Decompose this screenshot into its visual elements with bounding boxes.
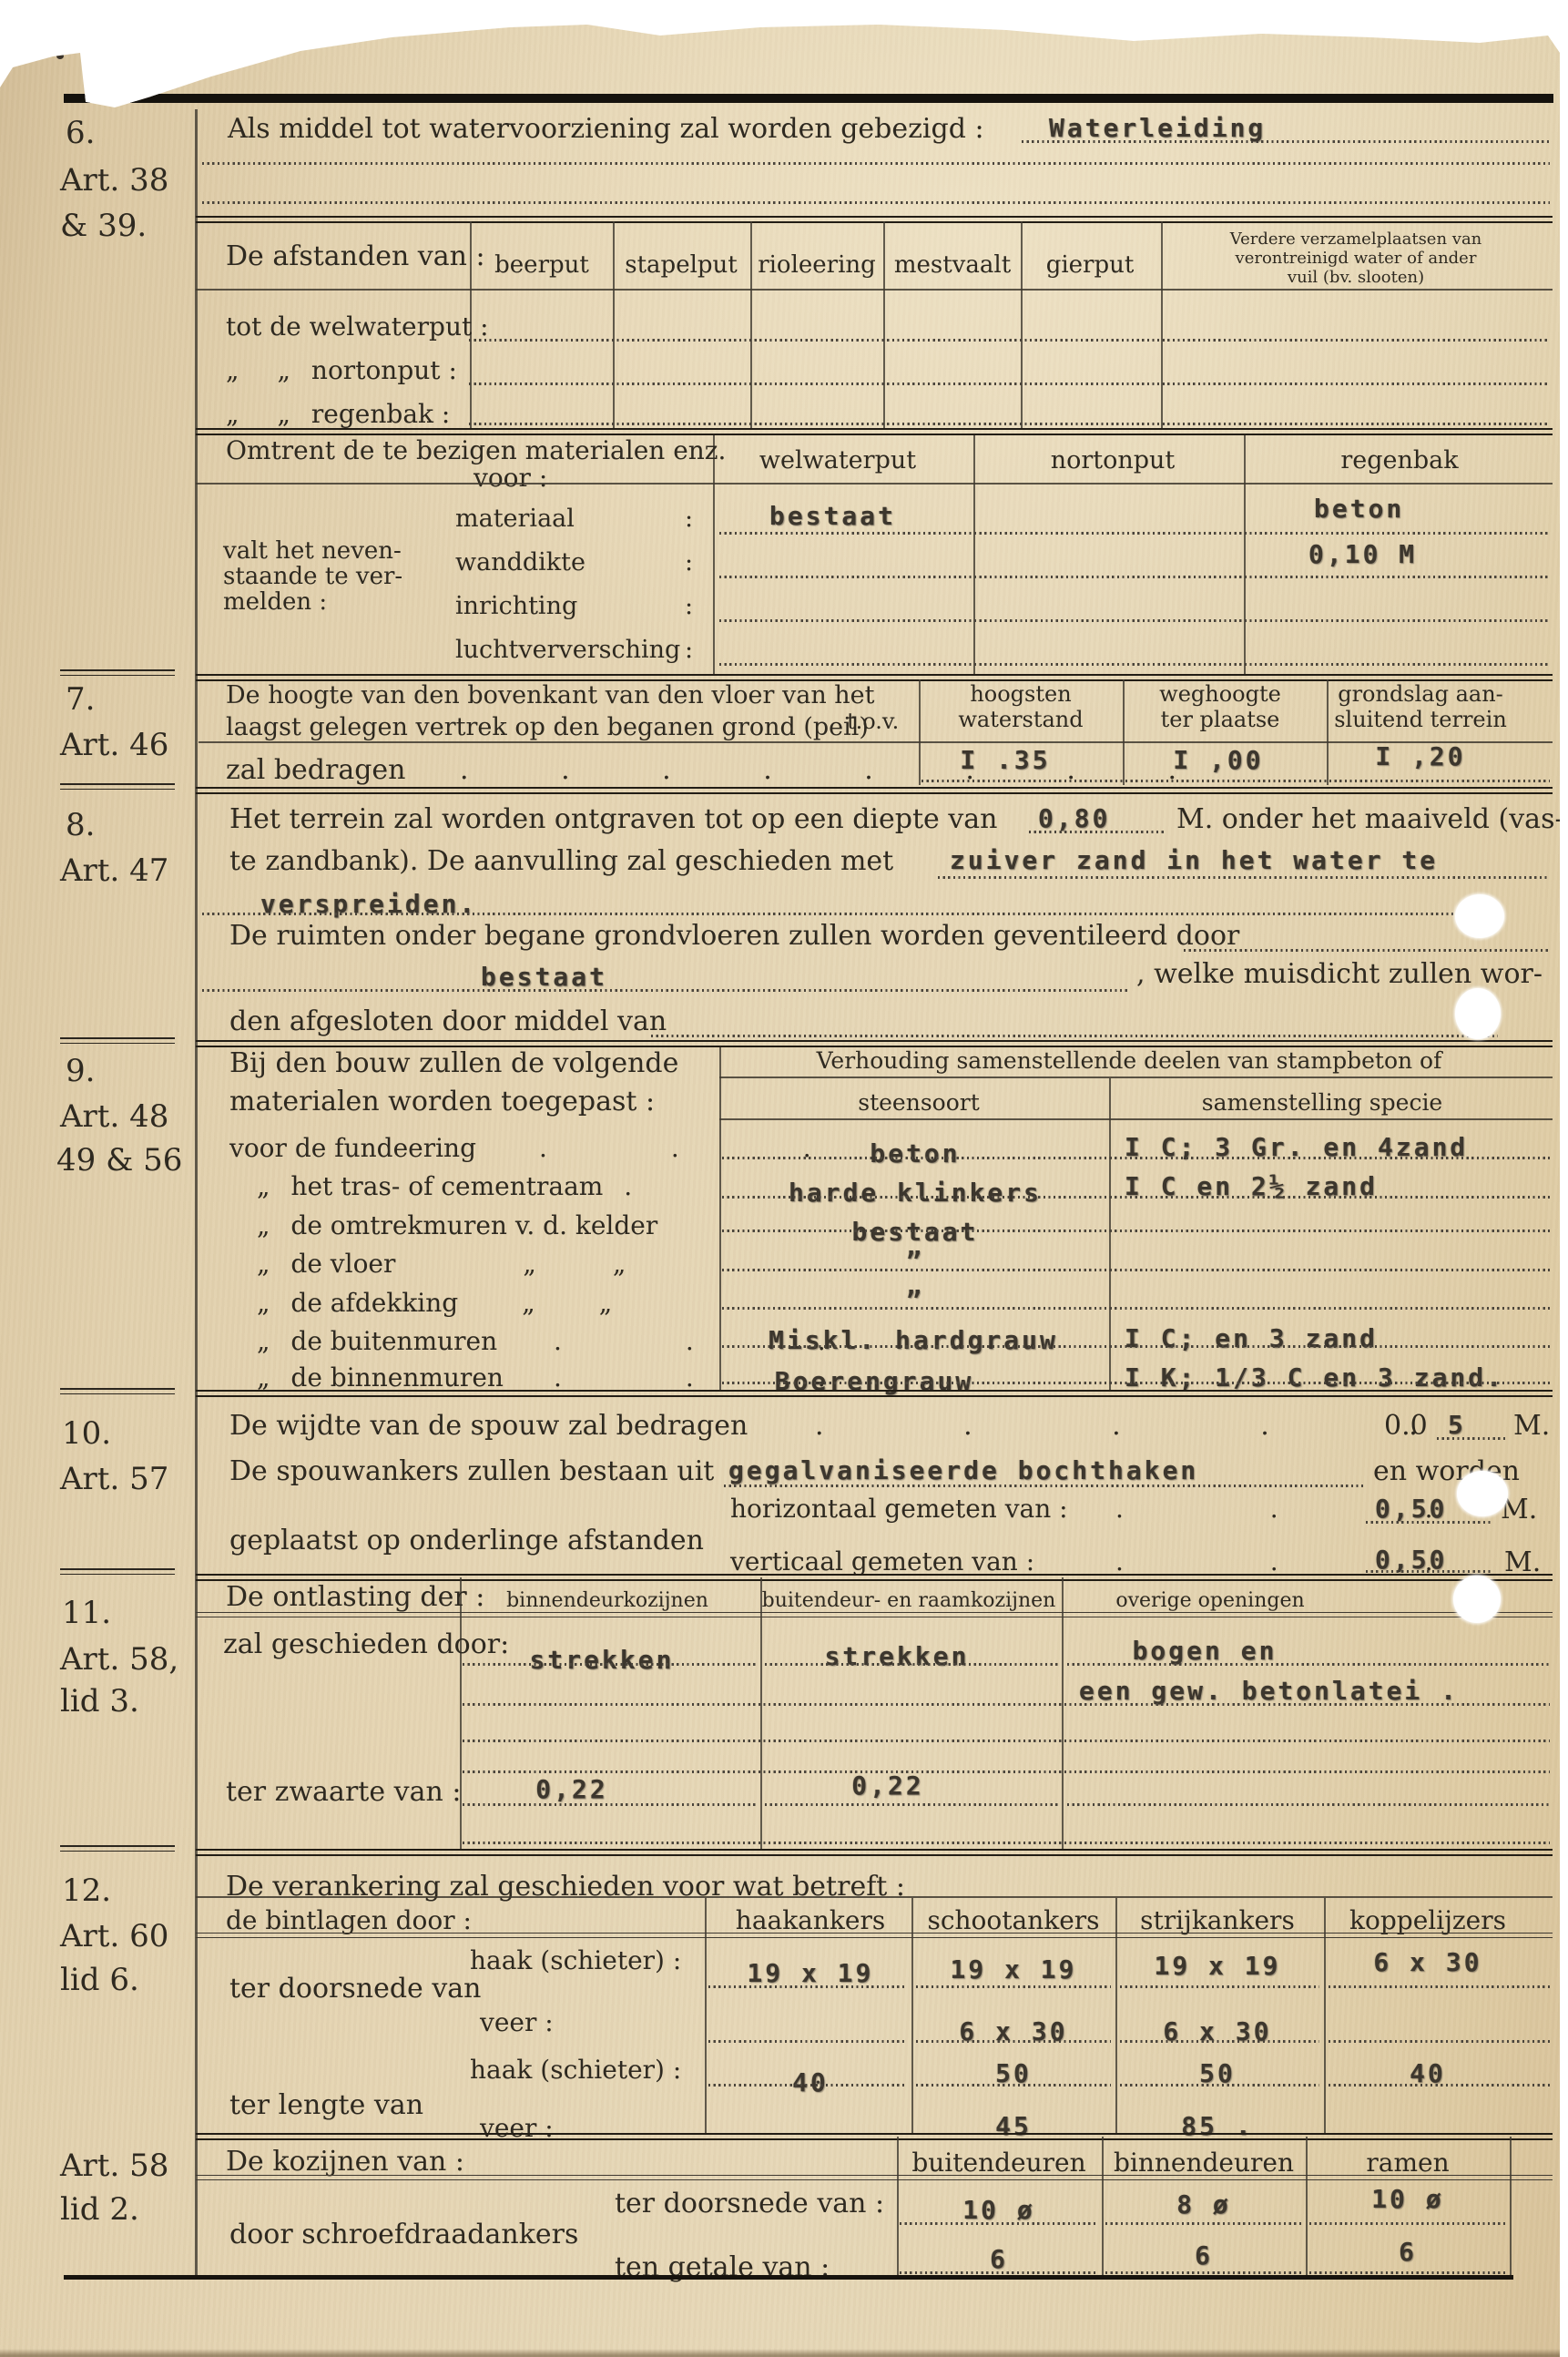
header-underline — [719, 1118, 1553, 1120]
section-number: 12. — [62, 1874, 111, 1907]
typed-value: strekken — [825, 1641, 970, 1671]
dotted-line — [202, 201, 1550, 204]
typed-value: 6 x 30 — [1373, 1947, 1481, 1977]
table-header-label: voor : — [473, 464, 547, 492]
section-number: 9. — [66, 1055, 95, 1087]
dotted-line — [722, 1157, 1550, 1159]
field-label: laagst gelegen vertrek op den beganen gr… — [226, 715, 869, 741]
dotted-line — [1309, 2222, 1507, 2225]
section-number: 7. — [66, 683, 95, 716]
dotted-line — [463, 1803, 758, 1806]
table-row-label: ter doorsnede van — [229, 1974, 481, 2004]
dotted-line — [1120, 2084, 1319, 2087]
table-row-label: luchtverversching — [455, 638, 680, 664]
dotted-line — [722, 1345, 1550, 1348]
field-label: De ruimten onder begane grondvloeren zul… — [229, 922, 1239, 951]
margin-separator — [60, 1845, 175, 1852]
typed-value: strekken — [530, 1645, 675, 1675]
typed-value: bogen en — [1133, 1636, 1278, 1666]
typed-ditto-mark: ” — [906, 1246, 924, 1276]
dotted-line — [651, 1035, 1498, 1037]
dotted-line — [1067, 1663, 1550, 1666]
header-underline — [196, 2175, 1553, 2180]
section-rule — [196, 1040, 1553, 1047]
dotted-line — [463, 1740, 1550, 1742]
table-column-header: samenstelling specie — [1202, 1091, 1442, 1116]
table-divider — [1102, 2137, 1104, 2275]
colon: : — [685, 550, 693, 576]
table-divider — [1244, 435, 1246, 674]
table-row-label: tot de welwaterput : — [226, 313, 489, 341]
margin-separator — [60, 783, 175, 790]
typed-value: I ,00 — [1173, 745, 1263, 775]
table-divider — [613, 221, 615, 428]
table-column-header: mestvaalt — [894, 253, 1011, 279]
dotted-line — [938, 876, 1550, 879]
table-row-label: ter zwaarte van : — [226, 1778, 461, 1807]
table-header-label: Omtrent de te bezigen materialen enz. — [226, 437, 726, 464]
table-column-header: overige openingen — [1115, 1590, 1304, 1611]
typed-value: I K; 1/3 C en 3 zand. — [1125, 1362, 1504, 1393]
typed-value: 19 x 19 — [1154, 1951, 1280, 1981]
punch-hole — [1457, 1471, 1508, 1516]
table-divider — [1161, 221, 1163, 428]
punch-hole — [1453, 1576, 1501, 1623]
table-row-label: zal geschieden door: — [223, 1630, 509, 1659]
table-row-label: door schroefdraadankers — [229, 2220, 578, 2250]
section-number: 10. — [62, 1417, 111, 1450]
colon: : — [685, 638, 693, 664]
typed-value: I C; en 3 zand — [1125, 1323, 1378, 1353]
margin-separator — [60, 1568, 175, 1575]
table-header-label: De ontlasting der : — [226, 1583, 484, 1612]
field-label: Bij den bouw zullen de volgende — [229, 1049, 678, 1078]
dotted-line — [719, 663, 1550, 666]
typed-value: 10 ø — [1371, 2184, 1443, 2214]
dotted-line — [1067, 1803, 1550, 1806]
table-column-header: buitendeuren — [911, 2149, 1085, 2177]
dotted-line — [708, 2084, 907, 2087]
header-underline — [199, 741, 1553, 743]
table-column-header: buitendeur- en raamkozijnen — [762, 1590, 1056, 1611]
section-rule — [196, 1849, 1553, 1856]
typed-value: 40 — [792, 2067, 829, 2097]
dotted-line — [469, 339, 1550, 342]
table-column-header: steensoort — [858, 1091, 980, 1116]
table-divider — [1510, 2137, 1512, 2275]
article-label: Art. 38 — [60, 164, 168, 197]
field-label: verticaal gemeten van : — [730, 1548, 1034, 1576]
field-label: De hoogte van den bovenkant van den vloe… — [226, 683, 875, 709]
dotted-line — [463, 1703, 1550, 1706]
table-column-header: Verdere verzamelplaatsen van — [1230, 230, 1482, 249]
dotted-line — [463, 1770, 1550, 1773]
typed-value: Waterleiding — [1049, 113, 1266, 143]
dotted-line — [722, 1230, 1550, 1232]
table-divider — [460, 1577, 462, 1849]
table-row-label: De afstanden van : — [226, 242, 485, 271]
field-label: 0.0 — [1384, 1412, 1428, 1441]
side-label: valt het neven- — [223, 539, 402, 565]
typed-value: I ,20 — [1375, 741, 1465, 771]
article-label: lid 6. — [60, 1964, 139, 1996]
dotted-line — [916, 1985, 1111, 1988]
typed-value: een gew. betonlatei . — [1079, 1676, 1459, 1706]
margin-separator — [60, 1037, 175, 1044]
table-divider — [1327, 679, 1329, 785]
field-label: Het terrein zal worden ontgraven tot op … — [229, 805, 998, 834]
table-column-header: hoogsten — [970, 683, 1071, 706]
field-label: geplaatst op onderlinge afstanden — [229, 1526, 704, 1556]
section-rule — [196, 1574, 1553, 1581]
dotted-line — [722, 1382, 1550, 1384]
table-row-label: „ het tras- of cementraam . — [257, 1173, 632, 1200]
section-rule — [196, 2133, 1553, 2140]
table-column-header: schootankers — [927, 1907, 1099, 1934]
dotted-line — [1329, 2040, 1550, 2043]
table-row-label: „ „ regenbak : — [226, 401, 450, 428]
typed-value: 0,80 — [1038, 803, 1110, 833]
dotted-line — [916, 2040, 1111, 2043]
typed-value: I .35 — [960, 745, 1050, 775]
table-column-header: haakankers — [736, 1907, 885, 1934]
typed-value: 6 — [1399, 2237, 1417, 2267]
dotted-line — [202, 913, 1492, 915]
dotted-line — [900, 2271, 1098, 2274]
dotted-line — [719, 619, 1550, 622]
typed-value: beton — [870, 1138, 960, 1168]
typed-value: gegalvaniseerde bochthaken — [728, 1455, 1198, 1485]
table-column-header: binnendeuren — [1114, 2149, 1294, 2177]
field-label: Als middel tot watervoorziening zal word… — [228, 115, 984, 144]
dotted-line — [708, 1985, 907, 1988]
article-label: Art. 58 — [60, 2149, 168, 2182]
dotted-line — [1105, 2271, 1302, 2274]
table-column-header: koppelijzers — [1349, 1907, 1506, 1934]
table-row-label: de bintlagen door : — [226, 1907, 472, 1934]
margin-separator — [60, 669, 175, 676]
table-column-header: beerput — [494, 253, 589, 279]
table-column-header: waterstand — [958, 709, 1083, 731]
scanned-form-page: 6. Art. 38 & 39. 7. Art. 46 8. Art. 47 9… — [0, 0, 1568, 2357]
table-column-header: grondslag aan- — [1338, 683, 1503, 706]
typed-value: harde klinkers — [789, 1178, 1042, 1208]
table-column-header: sluitend terrein — [1334, 709, 1507, 731]
dotted-line — [1120, 2040, 1319, 2043]
dotted-line — [1329, 1985, 1550, 1988]
dotted-line — [722, 1307, 1550, 1310]
dotted-line — [463, 1663, 758, 1666]
table-column-header: strijkankers — [1140, 1907, 1295, 1934]
bottom-paper-edge — [0, 2349, 1568, 2357]
dotted-line — [1120, 1985, 1319, 1988]
header-underline — [196, 1933, 1553, 1938]
typed-value: bestaat — [769, 501, 896, 531]
dotted-line — [722, 1196, 1550, 1199]
field-label: den afgesloten door middel van — [229, 1007, 667, 1036]
article-label: Art. 58, — [60, 1643, 178, 1676]
punch-hole — [1455, 988, 1501, 1039]
margin-separator — [60, 1388, 175, 1394]
dotted-line — [916, 2084, 1111, 2087]
article-label: & 39. — [60, 209, 147, 242]
table-row-label: materiaal — [455, 506, 575, 533]
field-label: t.o.v. — [847, 710, 899, 733]
table-row-label: ter doorsnede van : — [615, 2189, 884, 2219]
header-underline — [719, 1076, 1553, 1078]
typed-value: 10 ø — [962, 2195, 1034, 2225]
dotted-line — [900, 2222, 1098, 2225]
unit-label: M. — [1513, 1412, 1550, 1441]
article-label: Art. 46 — [60, 729, 168, 761]
typed-value: 6 — [1195, 2240, 1213, 2270]
table-header-label: De kozijnen van : — [226, 2148, 464, 2177]
table-column-header: weghoogte — [1159, 683, 1281, 706]
table-row-label: inrichting — [455, 594, 577, 620]
field-label: horizontaal gemeten van : — [730, 1495, 1068, 1523]
section-rule — [196, 674, 1553, 681]
section-rule — [196, 428, 1553, 435]
typed-value: bestaat — [481, 962, 607, 992]
table-column-header: verontreinigd water of ander — [1236, 249, 1477, 268]
punch-hole — [1455, 894, 1504, 938]
table-row-label: haak (schieter) : — [470, 2056, 681, 2084]
dotted-line — [722, 1269, 1550, 1271]
side-label: melden : — [223, 590, 327, 616]
table-divider — [750, 221, 752, 428]
typed-ditto-mark: ” — [906, 1285, 924, 1315]
typed-value: zuiver zand in het water te — [950, 845, 1438, 875]
table-row-label: „ de binnenmuren — [257, 1364, 504, 1392]
field-label: materialen worden toegepast : — [229, 1087, 655, 1117]
table-divider — [760, 1577, 762, 1849]
dotted-line — [765, 1803, 1059, 1806]
field-label: De wijdte van de spouw zal bedragen — [229, 1412, 748, 1441]
article-label: Art. 60 — [60, 1920, 168, 1953]
typed-value: beton — [1314, 494, 1404, 524]
field-label: M. onder het maaiveld (vas- — [1176, 805, 1564, 834]
table-column-header: regenbak — [1340, 448, 1458, 474]
article-label: Art. 57 — [60, 1463, 168, 1495]
typed-value: 0,22 — [535, 1774, 607, 1804]
header-underline — [196, 483, 1553, 485]
table-row-label: „ de vloer „ „ — [257, 1250, 626, 1278]
typed-value: 0,10 M — [1308, 539, 1417, 569]
article-label: Art. 47 — [60, 854, 168, 887]
dotted-line — [719, 532, 1550, 535]
field-label: De spouwankers zullen bestaan uit — [229, 1457, 714, 1486]
dotted-line — [765, 1663, 1059, 1666]
table-divider — [973, 435, 975, 674]
table-column-header: ramen — [1366, 2149, 1449, 2177]
section-rule — [196, 787, 1553, 794]
typed-value: 5 — [1448, 1410, 1466, 1440]
header-underline — [196, 1896, 1553, 1898]
table-row-label: „ de buitenmuren — [257, 1328, 497, 1355]
dotted-line — [708, 2040, 907, 2043]
table-column-header: ter plaatse — [1161, 709, 1280, 731]
table-column-header: binnendeurkozijnen — [506, 1590, 708, 1611]
table-divider — [713, 435, 715, 674]
section-number: 6. — [66, 117, 95, 149]
table-column-header: vuil (bv. slooten) — [1288, 268, 1424, 287]
table-divider — [883, 221, 885, 428]
table-row-label: zal bedragen — [226, 756, 406, 785]
typed-value: 0,22 — [851, 1770, 923, 1801]
section-number: 8. — [66, 809, 95, 842]
table-divider — [1021, 221, 1023, 428]
table-row-label: voor de fundeering — [229, 1135, 476, 1162]
dotted-line — [921, 780, 1550, 782]
paper-sheet: 6. Art. 38 & 39. 7. Art. 46 8. Art. 47 9… — [0, 0, 1568, 2357]
bottom-heavy-rule — [64, 2275, 1513, 2280]
typed-value: Miskl. hardgrauw — [769, 1325, 1058, 1355]
table-row-label: „ de omtrekmuren v. d. kelder — [257, 1212, 657, 1240]
dotted-line — [1105, 2222, 1302, 2225]
colon: : — [685, 594, 693, 620]
field-label: te zandbank). De aanvulling zal geschied… — [229, 847, 893, 876]
colon: : — [685, 506, 693, 533]
paper-speck — [56, 53, 64, 59]
article-label: 49 & 56 — [56, 1144, 182, 1177]
table-divider — [1062, 1577, 1064, 1849]
typed-value: 19 x 19 — [950, 1954, 1076, 1985]
article-label: lid 2. — [60, 2193, 139, 2226]
table-row-label: „ de afdekking „ „ — [257, 1290, 612, 1317]
table-row-label: veer : — [480, 2009, 554, 2036]
typed-value: 19 x 19 — [747, 1958, 873, 1988]
header-underline — [196, 1612, 1553, 1617]
typed-value: 0,50 — [1375, 1494, 1447, 1524]
dotted-line — [202, 162, 1550, 165]
table-divider — [897, 2137, 899, 2275]
dotted-line — [202, 989, 1129, 992]
typed-value: 8 ø — [1176, 2189, 1231, 2219]
typed-value: 6 — [990, 2244, 1008, 2274]
table-column-header: rioleering — [758, 253, 876, 279]
dotted-line — [469, 423, 1550, 425]
dotted-line — [1329, 2084, 1550, 2087]
dotted-line — [719, 576, 1550, 578]
table-row-label: ter lengte van — [229, 2091, 423, 2120]
dotted-line — [1184, 949, 1550, 952]
table-divider — [1306, 2137, 1308, 2275]
side-label: staande te ver- — [223, 565, 402, 590]
dotted-line — [1309, 2271, 1507, 2274]
top-heavy-rule — [64, 94, 1553, 103]
section-rule — [196, 216, 1553, 223]
dotted-line — [469, 383, 1550, 385]
table-column-header: gierput — [1046, 253, 1135, 279]
section-rule — [196, 1390, 1553, 1397]
field-label: , welke muisdicht zullen wor- — [1136, 960, 1543, 989]
typed-value: 0,50 — [1375, 1545, 1447, 1575]
table-header-label: Verhouding samenstellende deelen van sta… — [817, 1049, 1442, 1074]
article-label: Art. 48 — [60, 1100, 168, 1133]
section-number: 11. — [62, 1597, 111, 1629]
table-row-label: wanddikte — [455, 550, 585, 576]
table-row-label: haak (schieter) : — [470, 1947, 681, 1974]
table-column-header: welwaterput — [759, 448, 916, 474]
table-column-header: nortonput — [1051, 448, 1176, 474]
header-underline — [196, 289, 1553, 291]
dotted-line — [463, 1842, 1550, 1844]
table-column-header: stapelput — [625, 253, 737, 279]
table-row-label: „ „ nortonput : — [226, 357, 457, 384]
article-label: lid 3. — [60, 1685, 139, 1718]
